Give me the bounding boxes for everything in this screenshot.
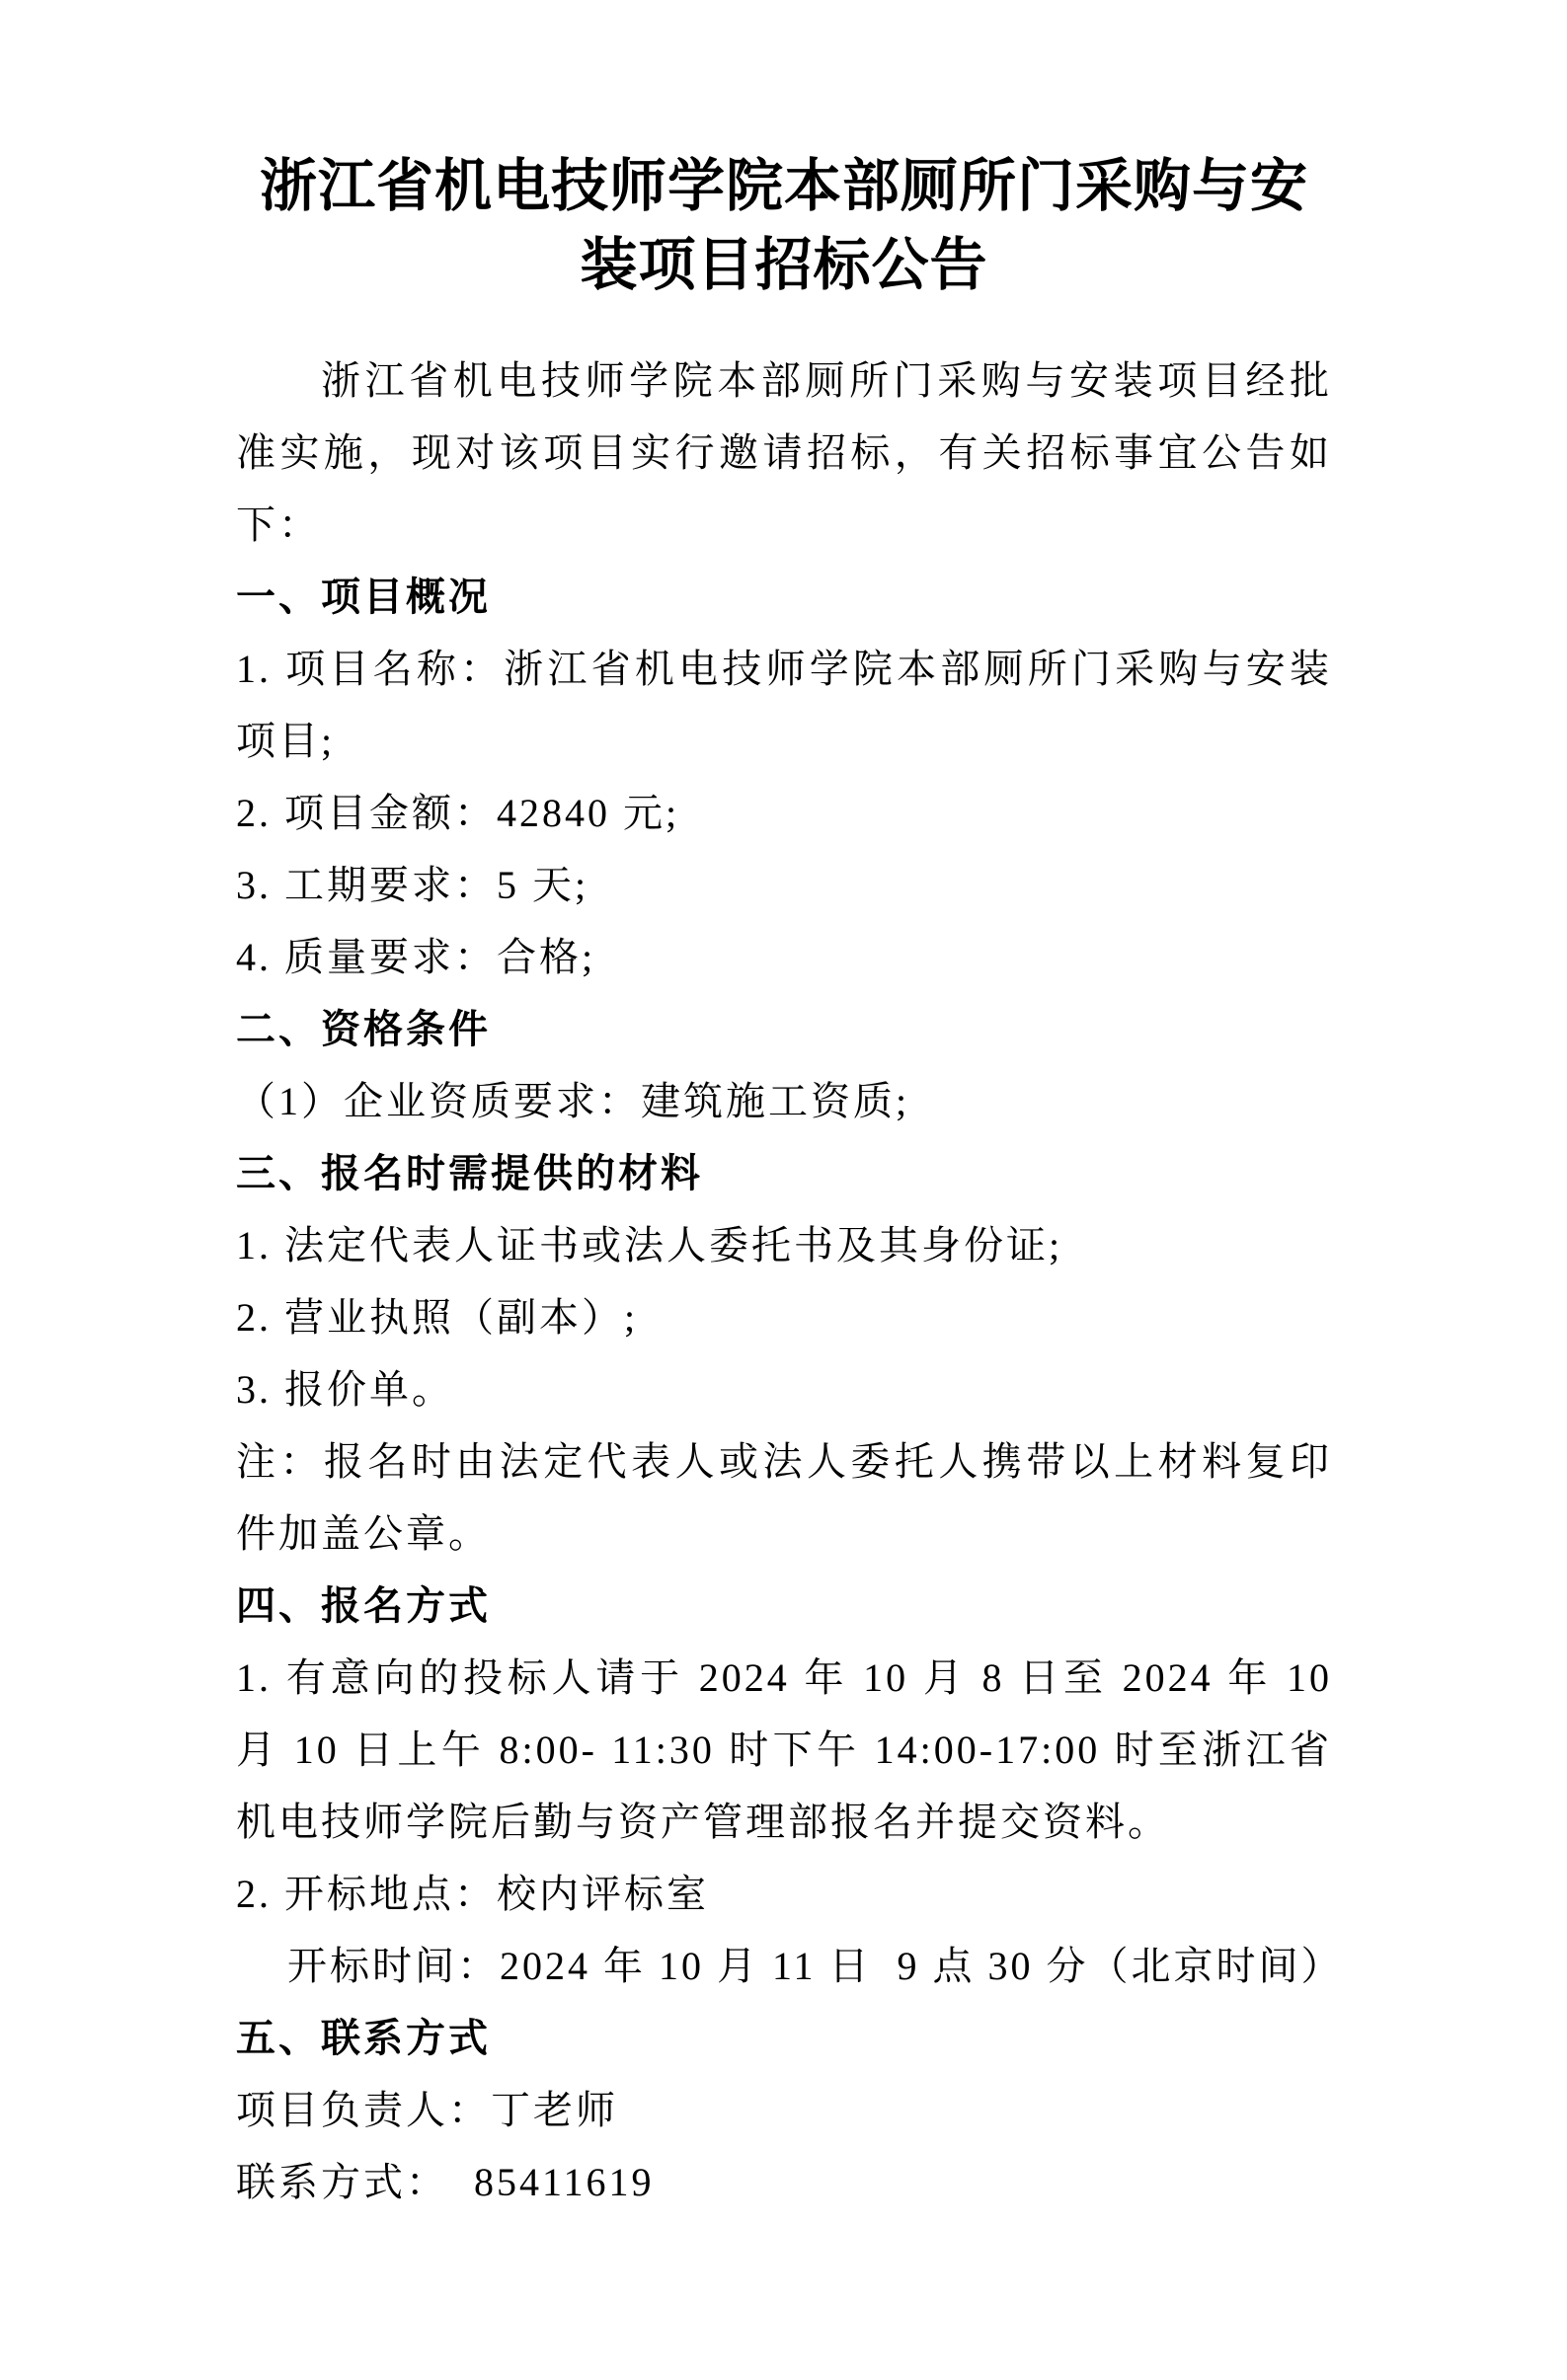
intro-paragraph: 浙江省机电技师学院本部厕所门采购与安装项目经批准实施，现对该项目实行邀请招标，有…	[236, 345, 1332, 561]
section-1-heading: 一、项目概况	[236, 561, 1332, 633]
section-5-item-project-manager: 项目负责人：丁老师	[236, 2074, 1332, 2146]
section-4-heading: 四、报名方式	[236, 1570, 1332, 1642]
section-1-item-project-name: 1. 项目名称：浙江省机电技师学院本部厕所门采购与安装项目;	[236, 633, 1332, 777]
section-2-heading: 二、资格条件	[236, 993, 1332, 1065]
section-1-item-quality-requirement: 4. 质量要求：合格;	[236, 921, 1332, 993]
section-5-heading: 五、联系方式	[236, 2002, 1332, 2074]
document-title: 浙江省机电技师学院本部厕所门采购与安装项目招标公告	[246, 147, 1322, 305]
section-3-heading: 三、报名时需提供的材料	[236, 1137, 1332, 1209]
section-3-item-quotation: 3. 报价单。	[236, 1353, 1332, 1425]
section-4-item-bid-opening-time: 开标时间：2024 年 10 月 11 日 9 点 30 分（北京时间）	[236, 1930, 1332, 2002]
section-4-item-bid-opening-place: 2. 开标地点：校内评标室	[236, 1858, 1332, 1930]
section-2-item-qualification: （1）企业资质要求：建筑施工资质;	[236, 1065, 1332, 1137]
section-1-item-duration-requirement: 3. 工期要求：5 天;	[236, 849, 1332, 921]
section-3-item-business-license: 2. 营业执照（副本）;	[236, 1281, 1332, 1353]
document-page: 浙江省机电技师学院本部厕所门采购与安装项目招标公告 浙江省机电技师学院本部厕所门…	[0, 0, 1567, 2380]
section-5-item-contact-phone: 联系方式： 85411619	[236, 2146, 1332, 2218]
section-3-note: 注：报名时由法定代表人或法人委托人携带以上材料复印件加盖公章。	[236, 1425, 1332, 1570]
section-1-item-project-amount: 2. 项目金额：42840 元;	[236, 777, 1332, 849]
section-4-item-registration-time: 1. 有意向的投标人请于 2024 年 10 月 8 日至 2024 年 10 …	[236, 1642, 1332, 1858]
section-3-item-legal-rep-certificate: 1. 法定代表人证书或法人委托书及其身份证;	[236, 1209, 1332, 1281]
